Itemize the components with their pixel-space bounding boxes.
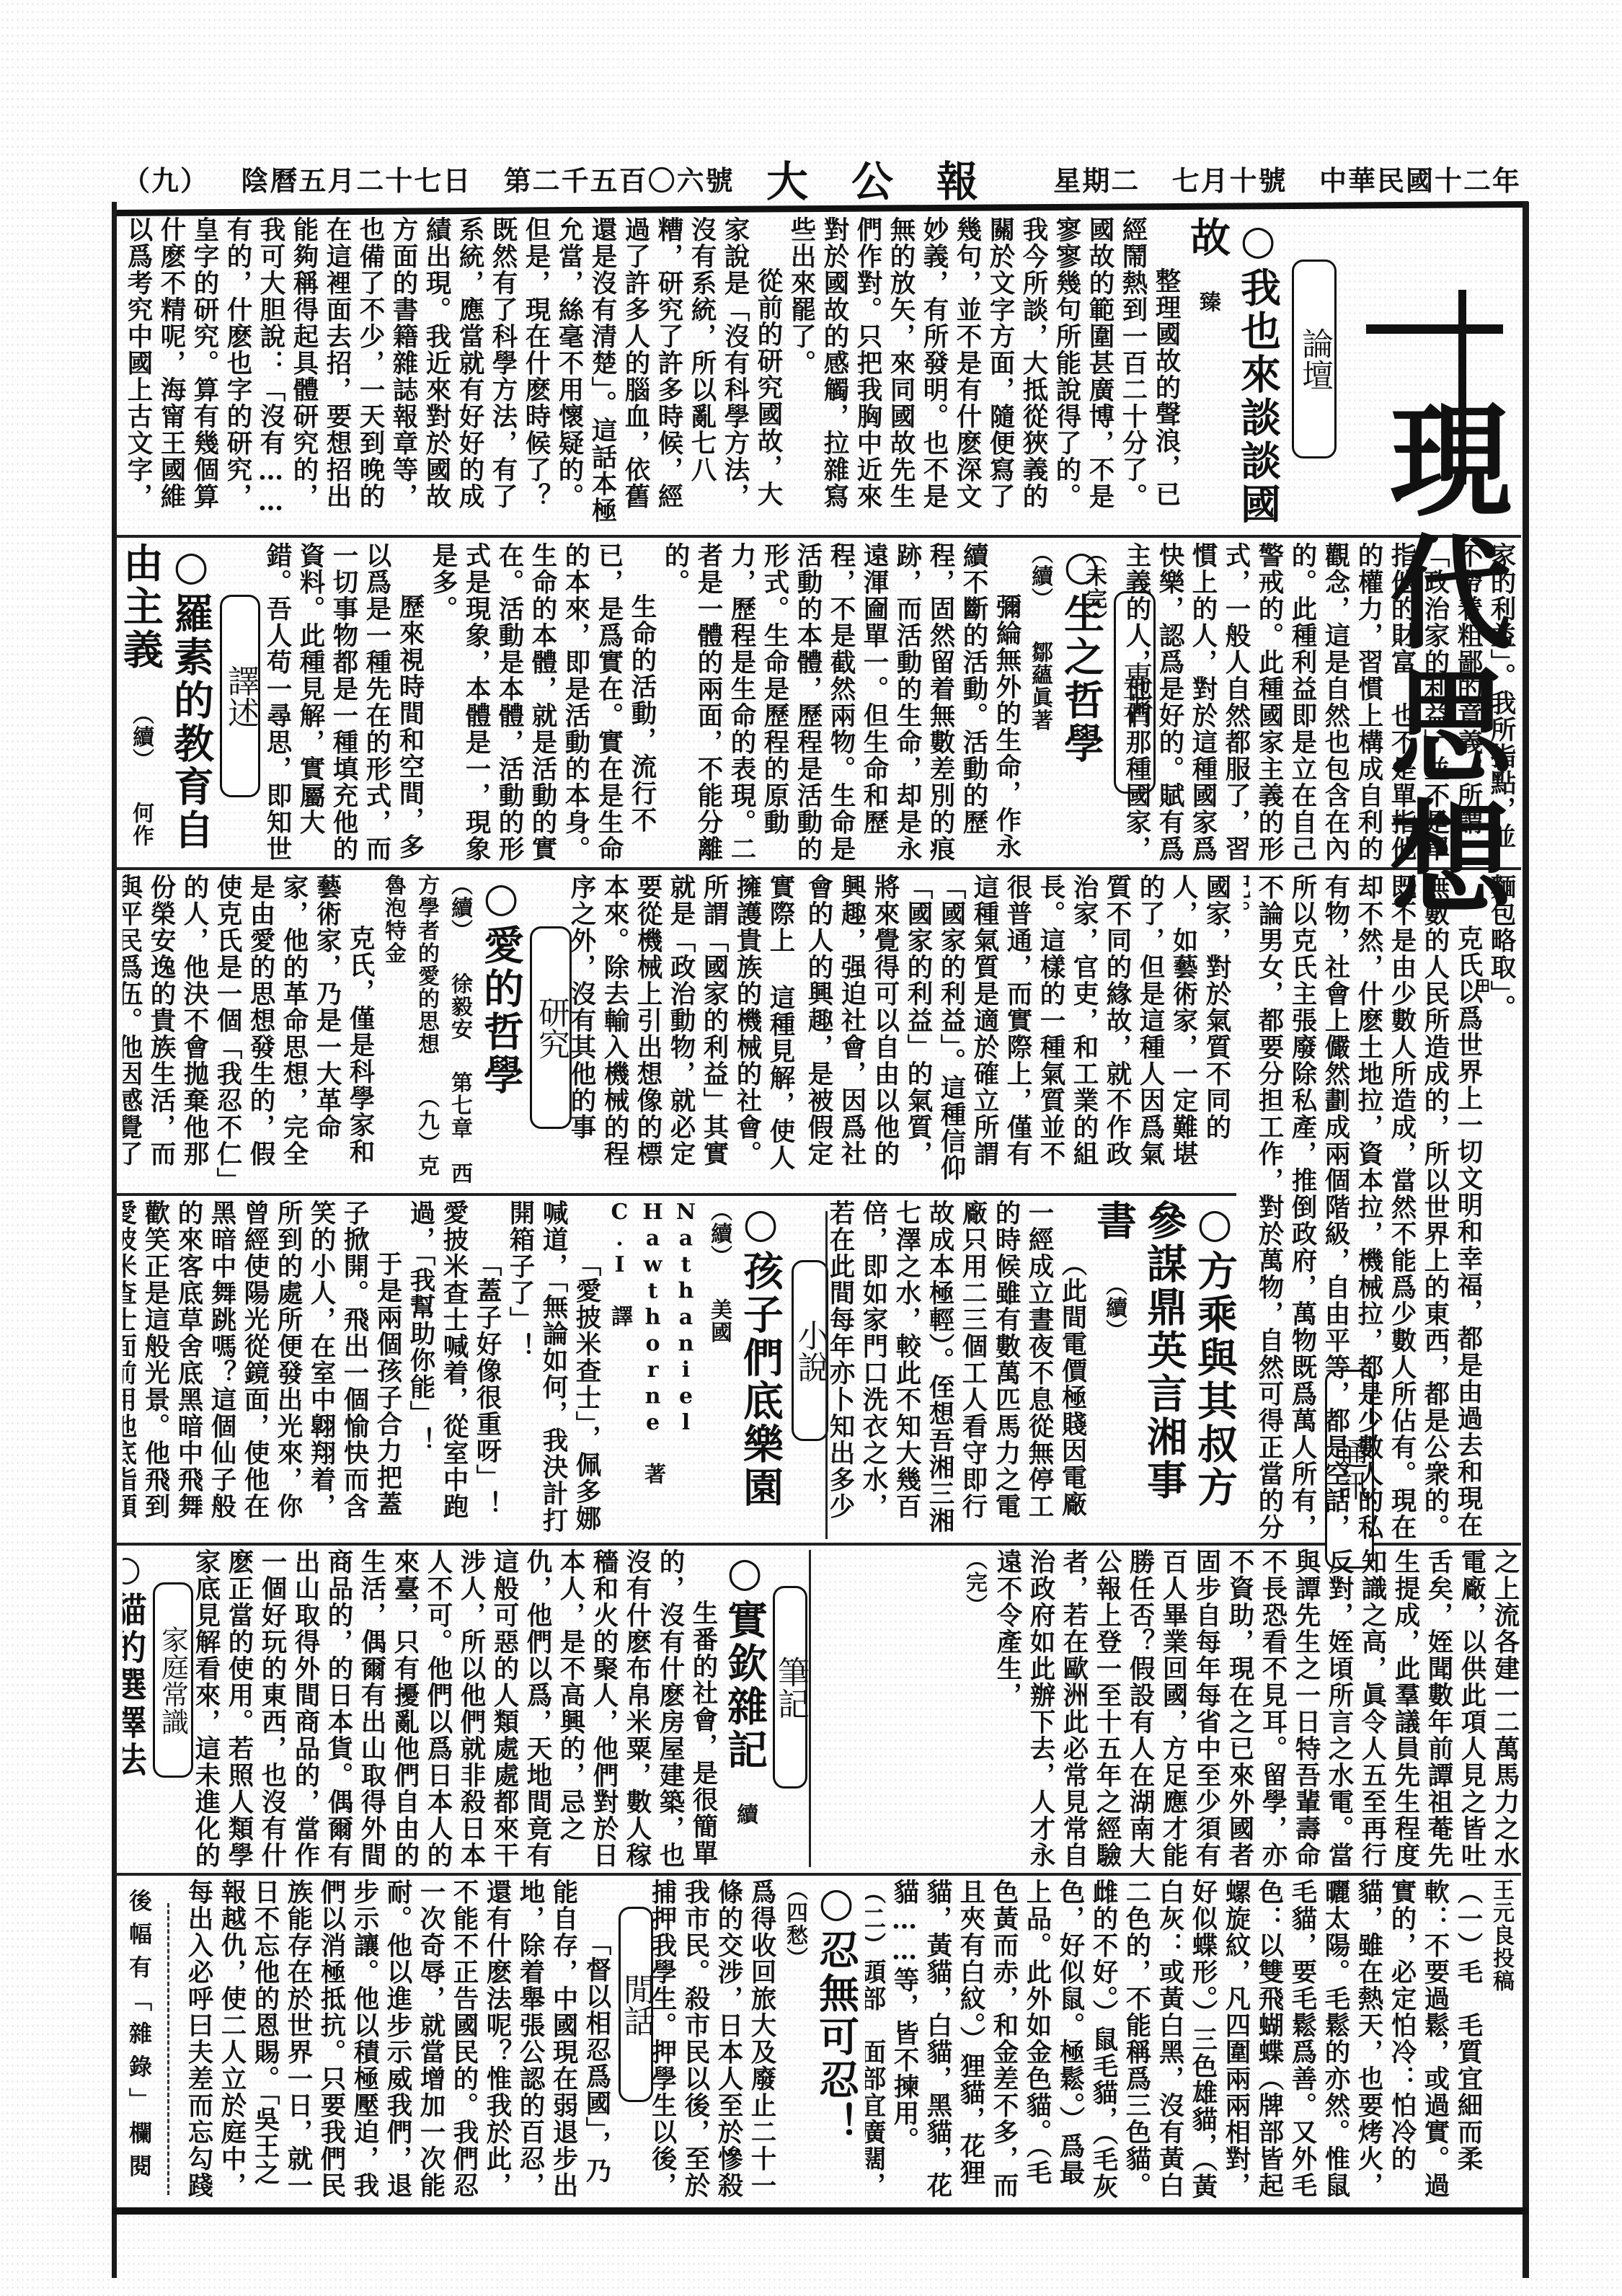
headline-shiqin: ○實欽雜記: [721, 1548, 768, 1772]
paragraph: 生命的活動，流行不已，是爲實在。實在是生命的本來，即是活動的本身。生命的本體，就…: [426, 542, 658, 863]
byline-mao: 王元良投稿: [1489, 1879, 1514, 1993]
article-aide-zhexue: ○愛的哲學 （續） 徐毅安 第七章 西方學者的愛的思想 （九）克魯泡特金 克氏，…: [123, 874, 526, 1189]
band-divider-4: [115, 1543, 1521, 1546]
section-label-yan-jiu: 研究: [530, 926, 572, 1129]
headline-renwukeren: ○忍無可忍！: [812, 1879, 860, 2145]
section-label-xiao-shuo: 小說: [792, 1260, 828, 1441]
paragraph: （二）頭部 面部宜廣闊，或圓，或方，都好，惟不要長。面毛須要一色。無混雜。鼻要大…: [865, 1879, 887, 2204]
weekday: 星期二: [1053, 159, 1140, 198]
article-guojia: 國家，對於氣質不同的人，如藝術家，一定難堪的了，但是這種人因爲氣質不同的緣故，就…: [800, 874, 1233, 1189]
article-fangcheng: ○方乘與其叔方參謀鼎英言湘事書 （續） （此間電價極賤因電廠一經成立晝夜不息從無…: [829, 1200, 1240, 1538]
article-kropotkin-cont: 麵包略取」。 克氏以爲世界上一切文明和幸福，都是由過去和現在無數的人民所造成的，…: [1244, 874, 1517, 1541]
column-divider: [825, 1211, 828, 1539]
article-fangcheng-tail: 之上流各建一二萬馬力之水電廠，以供此項人見之皆吐舌矣，姪聞數年前譚祖菴先生提成，…: [847, 1548, 1521, 1869]
cont-mark: （續）: [1102, 1274, 1127, 1342]
bottom-note: 後幅有「雜錄」欄閱者注意: [121, 1889, 156, 2206]
article-mao-head: ○貓的選擇法: [123, 1548, 151, 1869]
decorative-dotted-rule: [167, 1903, 171, 2195]
paragraph: 麵包略取」。: [1484, 874, 1517, 1541]
article-renwukeren: ○忍無可忍！ （四愁） 爲得收回旅大及廢止二十一條的交涉，日本人至於慘殺我市民。…: [652, 1879, 861, 2204]
paragraph: 生番的社會，是很簡單的，沒有什麽房屋建築，也沒有什麽布帛米粟，數人稼穡和火的聚人…: [193, 1548, 719, 1869]
article-shiqin: ○實欽雜記 續 生番的社會，是很簡單的，沒有什麽房屋建築，也沒有什麽布帛米粟，數…: [193, 1548, 770, 1869]
article-sheng-zhi-zhexue: ○生之哲學 （續） 鄒蘊眞著 彌綸無外的生命，作永續不斷的活動。活動的歷程，固然…: [260, 542, 1107, 863]
article-kropotkin-right: 家的利益」。我所指點，並不帶着粗鄙的意義。所謂「政治家的利益」並不是單指他的財富…: [1121, 542, 1517, 863]
issue-date: 七月十號: [1172, 159, 1288, 198]
article-guogu: ○我也來談談國故 臻 整理國故的聲浪，已經鬧熱到一百二十分了。國故的範圍甚廣博，…: [123, 216, 1283, 532]
band-divider-2: [115, 867, 1521, 870]
article-renwukeren-cont: 「督以相忍爲國」，乃能自存，中國現在弱退步出地，除着舉張公認的百忍，還有什麽法呢…: [180, 1879, 613, 2204]
headline-fangcheng: ○方乘與其叔方參謀鼎英言湘事書: [1090, 1200, 1238, 1510]
cont-mark: （四愁）: [782, 1879, 807, 1969]
paragraph: 于是兩個孩子合力把蓋子掀開。飛出一個愉快而含笑的小人，在室中翺翔着，所到的處所便…: [123, 1200, 404, 1538]
masthead-cross-bar: [1366, 324, 1503, 334]
paragraph: 「愛披米查士」，佩多娜喊道，「無論如何，我決計打開箱子了」！: [503, 1200, 603, 1538]
page-number: （九）: [123, 159, 209, 198]
article-haizi: ○孩子們底樂園 （續） 美國 Nathaniel Hawthorne 著 C.I…: [123, 1200, 786, 1538]
cont-mark: 續: [732, 1803, 758, 1826]
paragraph: 克氏，僅是科學家和藝術家，乃是一大革命家，他的革命思想，完全是由愛的思想發生的，…: [123, 874, 376, 1189]
headline-sheng-zhi-zhexue: ○生之哲學: [1058, 542, 1105, 766]
paragraph: 爲得收回旅大及廢止二十一條的交涉，日本人至於慘殺我市民。殺市民以後，至於捕押我學…: [652, 1879, 778, 2204]
cont-mark: （續）: [128, 703, 154, 771]
frame-left-border: [112, 202, 117, 2278]
lunar-date: 陰曆五月二十七日: [241, 159, 471, 198]
paragraph: 克氏以爲世界上一切文明和幸福，都是由過去和現在無數的人民所造成的，所以世界上的東…: [1244, 874, 1484, 1541]
paragraph: （此間電價極賤因電廠一經成立晝夜不息從無停工的時候雖有數萬匹馬力之電廠只用二三個…: [829, 1200, 1089, 1538]
section-label-lun-tan: 論壇: [1292, 260, 1337, 458]
byline-sheng-zhi-zhexue: 鄒蘊眞著: [1027, 641, 1052, 732]
paragraph: （一）毛 毛質宜細而柔軟：不要過鬆，或過實。過實的，必定怕冷：怕冷的貓，雖在熱天…: [887, 1879, 1484, 2204]
frame-right-border: [1523, 202, 1529, 2278]
bottom-note-text: 後幅有「雜錄」欄閱者注意: [121, 1889, 153, 2187]
headline-haizi: ○孩子們底樂園: [737, 1200, 784, 1510]
cont-mark: （續）: [1027, 542, 1052, 611]
column-divider: [809, 1550, 811, 1867]
article-luosu: ○羅素的教育自由主義 （續） 何作霖 實際上 這種見解，使人擁護貴族的機械的社會…: [123, 542, 216, 863]
band-divider-1: [115, 535, 1521, 538]
headline-mao: ○貓的選擇法: [123, 1548, 146, 1779]
paragraph: 歷來視時間和空間，多以爲是一種先在的形式，而一切事物都是一種填充他的資料。此種見…: [260, 542, 426, 863]
band-divider-3: [115, 1193, 1236, 1196]
paragraph: 之上流各建一二萬馬力之水電廠，以供此項人見之皆吐舌矣，姪聞數年前譚祖菴先生提成，…: [991, 1548, 1521, 1869]
section-label-yi-shu: 譯述: [220, 595, 260, 797]
frame-bottom-border: [112, 2207, 1528, 2215]
paragraph: 從前的研究國故，大家說是「沒有科學方法，沒有系統，所以亂七八糟，研究了許多時候，…: [123, 216, 784, 532]
page-header: 中華民國十二年 七月十號 星期二 大公報 第二千五百〇六號 陰曆五月二十七日 （…: [123, 162, 1521, 194]
byline-aide-zhexue: 徐毅安: [447, 972, 472, 1041]
end-note: （完）: [962, 1548, 987, 1617]
paper-name: 大公報: [766, 148, 1021, 208]
paragraph: 國家，對於氣質不同的人，如藝術家，一定難堪的了，但是這種人因爲氣質不同的緣故，就…: [800, 874, 1233, 1189]
paragraph: 整理國故的聲浪，已經鬧熱到一百二十分了。國故的範圍甚廣博，不是寥寥幾句所能說得了…: [784, 216, 1182, 532]
paragraph: 實際上 這種見解，使人擁護貴族的機械的社會。所謂「國家的利益」其實就是「政治動物…: [570, 874, 797, 1189]
republic-year: 中華民國十二年: [1319, 159, 1521, 198]
paragraph: 「蓋子好像很重呀」！愛披米查士喊着，從室中跑過，「我幫助你能」！: [404, 1200, 503, 1538]
article-luosu-tail: 實際上 這種見解，使人擁護貴族的機械的社會。所謂「國家的利益」其實就是「政治動物…: [570, 874, 797, 1189]
band-divider-5: [115, 1873, 1521, 1876]
article-mao: 王元良投稿 （一）毛 毛質宜細而柔軟：不要過鬆，或過實。過實的，必定怕冷：怕冷的…: [865, 1879, 1517, 2204]
issue-number: 第二千五百〇六號: [504, 159, 735, 198]
section-label-bi-ji: 筆記: [773, 1586, 807, 1789]
section-label-jia-ting-chang-shi: 家庭常識: [153, 1582, 193, 1778]
paragraph: 彌綸無外的生命，作永續不斷的活動。活動的歷程，固然留着無數差別的痕跡，而活動的生…: [658, 542, 1023, 863]
cont-mark: （續）: [447, 874, 472, 942]
headline-aide-zhexue: ○愛的哲學: [477, 874, 525, 1097]
byline-guogu: 臻: [1195, 291, 1220, 314]
paragraph: 「督以相忍爲國」，乃能自存，中國現在弱退步出地，除着舉張公認的百忍，還有什麽法呢…: [180, 1879, 613, 2204]
headline-guogu: ○我也來談談國故: [1184, 216, 1282, 526]
section-label-xian-hua: 閒話: [619, 1907, 653, 2102]
cont-mark: （續）: [706, 1200, 732, 1268]
paragraph: 家的利益」。我所指點，並不帶着粗鄙的意義。所謂「政治家的利益」並不是單指他的財富…: [1121, 542, 1517, 863]
